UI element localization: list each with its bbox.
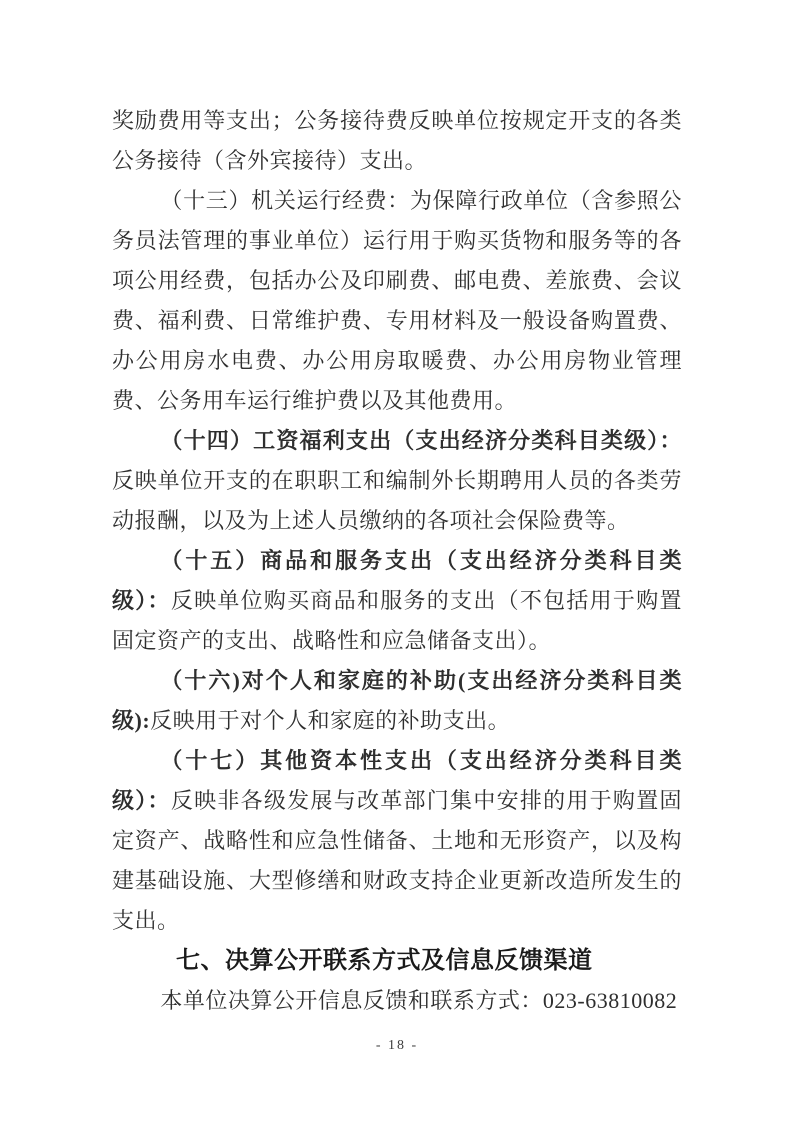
section-heading: 七、决算公开联系方式及信息反馈渠道 — [112, 941, 682, 981]
paragraph-text: 奖励费用等支出；公务接待费反映单位按规定开支的各类公务接待（含外宾接待）支出。 — [112, 108, 682, 173]
body-paragraph-item-17: （十七）其他资本性支出（支出经济分类科目类级）：反映非各级发展与改革部门集中安排… — [112, 741, 682, 941]
paragraph-text: 反映单位开支的在职职工和编制外长期聘用人员的各类劳动报酬，以及为上述人员缴纳的各… — [112, 468, 682, 533]
page-footer: - 18 - — [0, 1036, 794, 1056]
body-paragraph-continuation: 奖励费用等支出；公务接待费反映单位按规定开支的各类公务接待（含外宾接待）支出。 — [112, 101, 682, 181]
paragraph-text: （十三）机关运行经费：为保障行政单位（含参照公务员法管理的事业单位）运行用于购买… — [112, 188, 682, 413]
document-content: 奖励费用等支出；公务接待费反映单位按规定开支的各类公务接待（含外宾接待）支出。 … — [112, 101, 682, 1021]
paragraph-text: 反映单位购买商品和服务的支出（不包括用于购置固定资产的支出、战略性和应急储备支出… — [112, 588, 682, 653]
document-page: 奖励费用等支出；公务接待费反映单位按规定开支的各类公务接待（含外宾接待）支出。 … — [0, 0, 794, 1123]
paragraph-lead-term: （十四）工资福利支出（支出经济分类科目类级）： — [160, 428, 682, 453]
contact-text: 本单位决算公开信息反馈和联系方式：023-63810082 — [160, 988, 677, 1013]
paragraph-text: 反映用于对个人和家庭的补助支出。 — [150, 708, 510, 733]
contact-line: 本单位决算公开信息反馈和联系方式：023-63810082 — [112, 981, 682, 1021]
body-paragraph-item-16: （十六)对个人和家庭的补助(支出经济分类科目类级):反映用于对个人和家庭的补助支… — [112, 661, 682, 741]
body-paragraph-item-14: （十四）工资福利支出（支出经济分类科目类级）：反映单位开支的在职职工和编制外长期… — [112, 421, 682, 541]
paragraph-text: 反映非各级发展与改革部门集中安排的用于购置固定资产、战略性和应急性储备、土地和无… — [112, 788, 682, 933]
page-number: - 18 - — [376, 1038, 418, 1053]
body-paragraph-item-13: （十三）机关运行经费：为保障行政单位（含参照公务员法管理的事业单位）运行用于购买… — [112, 181, 682, 421]
body-paragraph-item-15: （十五）商品和服务支出（支出经济分类科目类级）：反映单位购买商品和服务的支出（不… — [112, 541, 682, 661]
